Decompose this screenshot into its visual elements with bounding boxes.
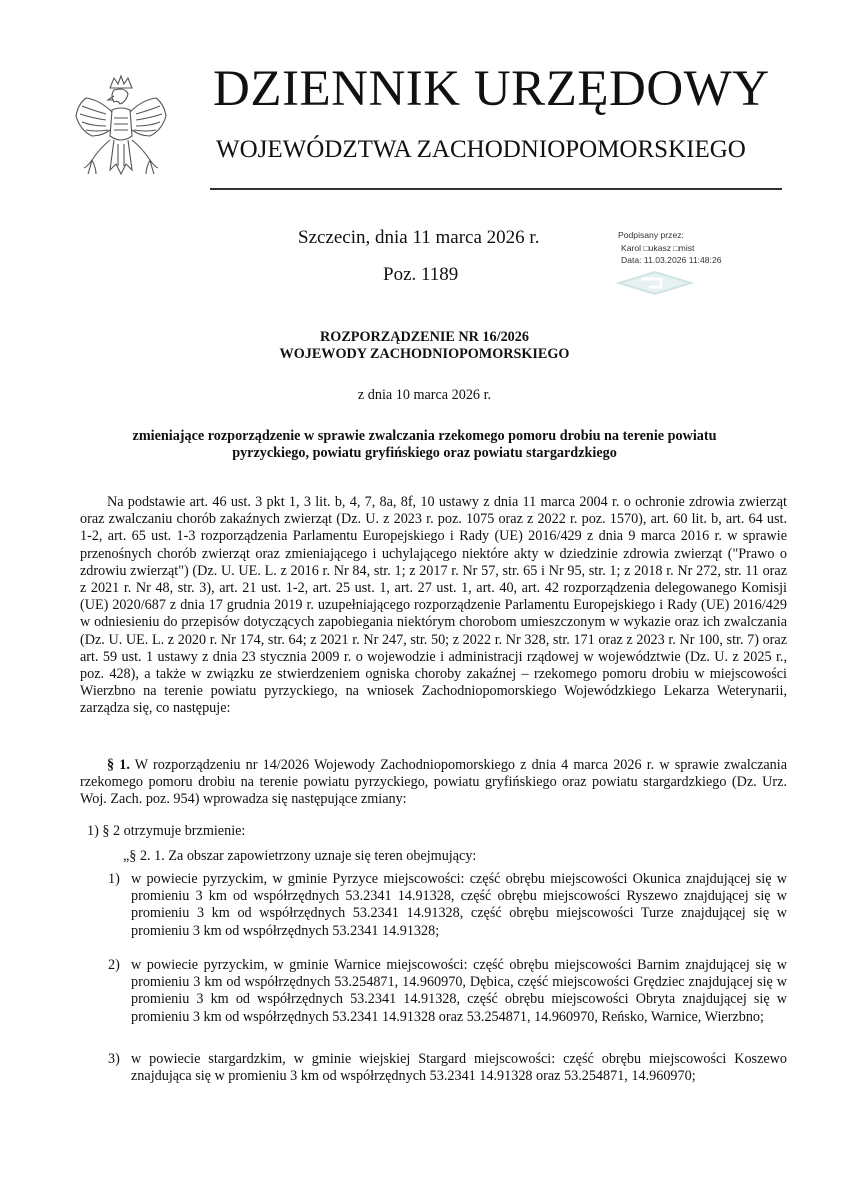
act-subject-line1: zmieniające rozporządzenie w sprawie zwa…	[0, 428, 849, 445]
list-item-text: w powiecie pyrzyckim, w gminie Pyrzyce m…	[131, 871, 787, 939]
act-title-line1: ROZPORZĄDZENIE NR 16/2026	[0, 329, 849, 346]
list-item-number: 3)	[108, 1051, 120, 1068]
place-and-date: Szczecin, dnia 11 marca 2026 r.	[298, 227, 539, 249]
header-divider	[210, 188, 782, 190]
polish-eagle-emblem	[70, 70, 172, 192]
journal-subtitle: WOJEWÓDZTWA ZACHODNIOPOMORSKIEGO	[216, 137, 796, 162]
paragraph-1-text: W rozporządzeniu nr 14/2026 Wojewody Zac…	[80, 757, 787, 807]
position-number: Poz. 1189	[383, 264, 458, 286]
act-title: ROZPORZĄDZENIE NR 16/2026 WOJEWODY ZACHO…	[0, 329, 849, 363]
paragraph-1-label: § 1.	[107, 757, 130, 773]
amendment-item-1: 1) § 2 otrzymuje brzmienie:	[87, 823, 245, 840]
signature-date: Data: 11.03.2026 11:48:26	[618, 254, 722, 267]
preamble: Na podstawie art. 46 ust. 3 pkt 1, 3 lit…	[80, 494, 787, 718]
act-title-line2: WOJEWODY ZACHODNIOPOMORSKIEGO	[0, 346, 849, 363]
journal-title: DZIENNIK URZĘDOWY	[213, 64, 793, 115]
list-item-text: w powiecie pyrzyckim, w gminie Warnice m…	[131, 957, 787, 1025]
list-item-number: 1)	[108, 871, 120, 888]
list-item: 1) w powiecie pyrzyckim, w gminie Pyrzyc…	[108, 871, 787, 940]
signature-signer: Karol □ukasz □mist	[618, 242, 722, 255]
signature-check-icon	[615, 270, 695, 296]
signature-label: Podpisany przez:	[618, 229, 722, 242]
eagle-icon	[70, 70, 172, 192]
quoted-section-heading: „§ 2. 1. Za obszar zapowietrzony uznaje …	[123, 848, 476, 865]
list-item-number: 2)	[108, 957, 120, 974]
list-item-text: w powiecie stargardzkim, w gminie wiejsk…	[131, 1051, 787, 1084]
act-subject: zmieniające rozporządzenie w sprawie zwa…	[0, 428, 849, 462]
paragraph-1: § 1. W rozporządzeniu nr 14/2026 Wojewod…	[80, 757, 787, 809]
preamble-text: Na podstawie art. 46 ust. 3 pkt 1, 3 lit…	[80, 494, 787, 718]
list-item: 2) w powiecie pyrzyckim, w gminie Warnic…	[108, 957, 787, 1026]
act-date: z dnia 10 marca 2026 r.	[0, 387, 849, 404]
digital-signature: Podpisany przez: Karol □ukasz □mist Data…	[618, 229, 722, 267]
act-subject-line2: pyrzyckiego, powiatu gryfińskiego oraz p…	[0, 445, 849, 462]
list-item: 3) w powiecie stargardzkim, w gminie wie…	[108, 1051, 787, 1085]
